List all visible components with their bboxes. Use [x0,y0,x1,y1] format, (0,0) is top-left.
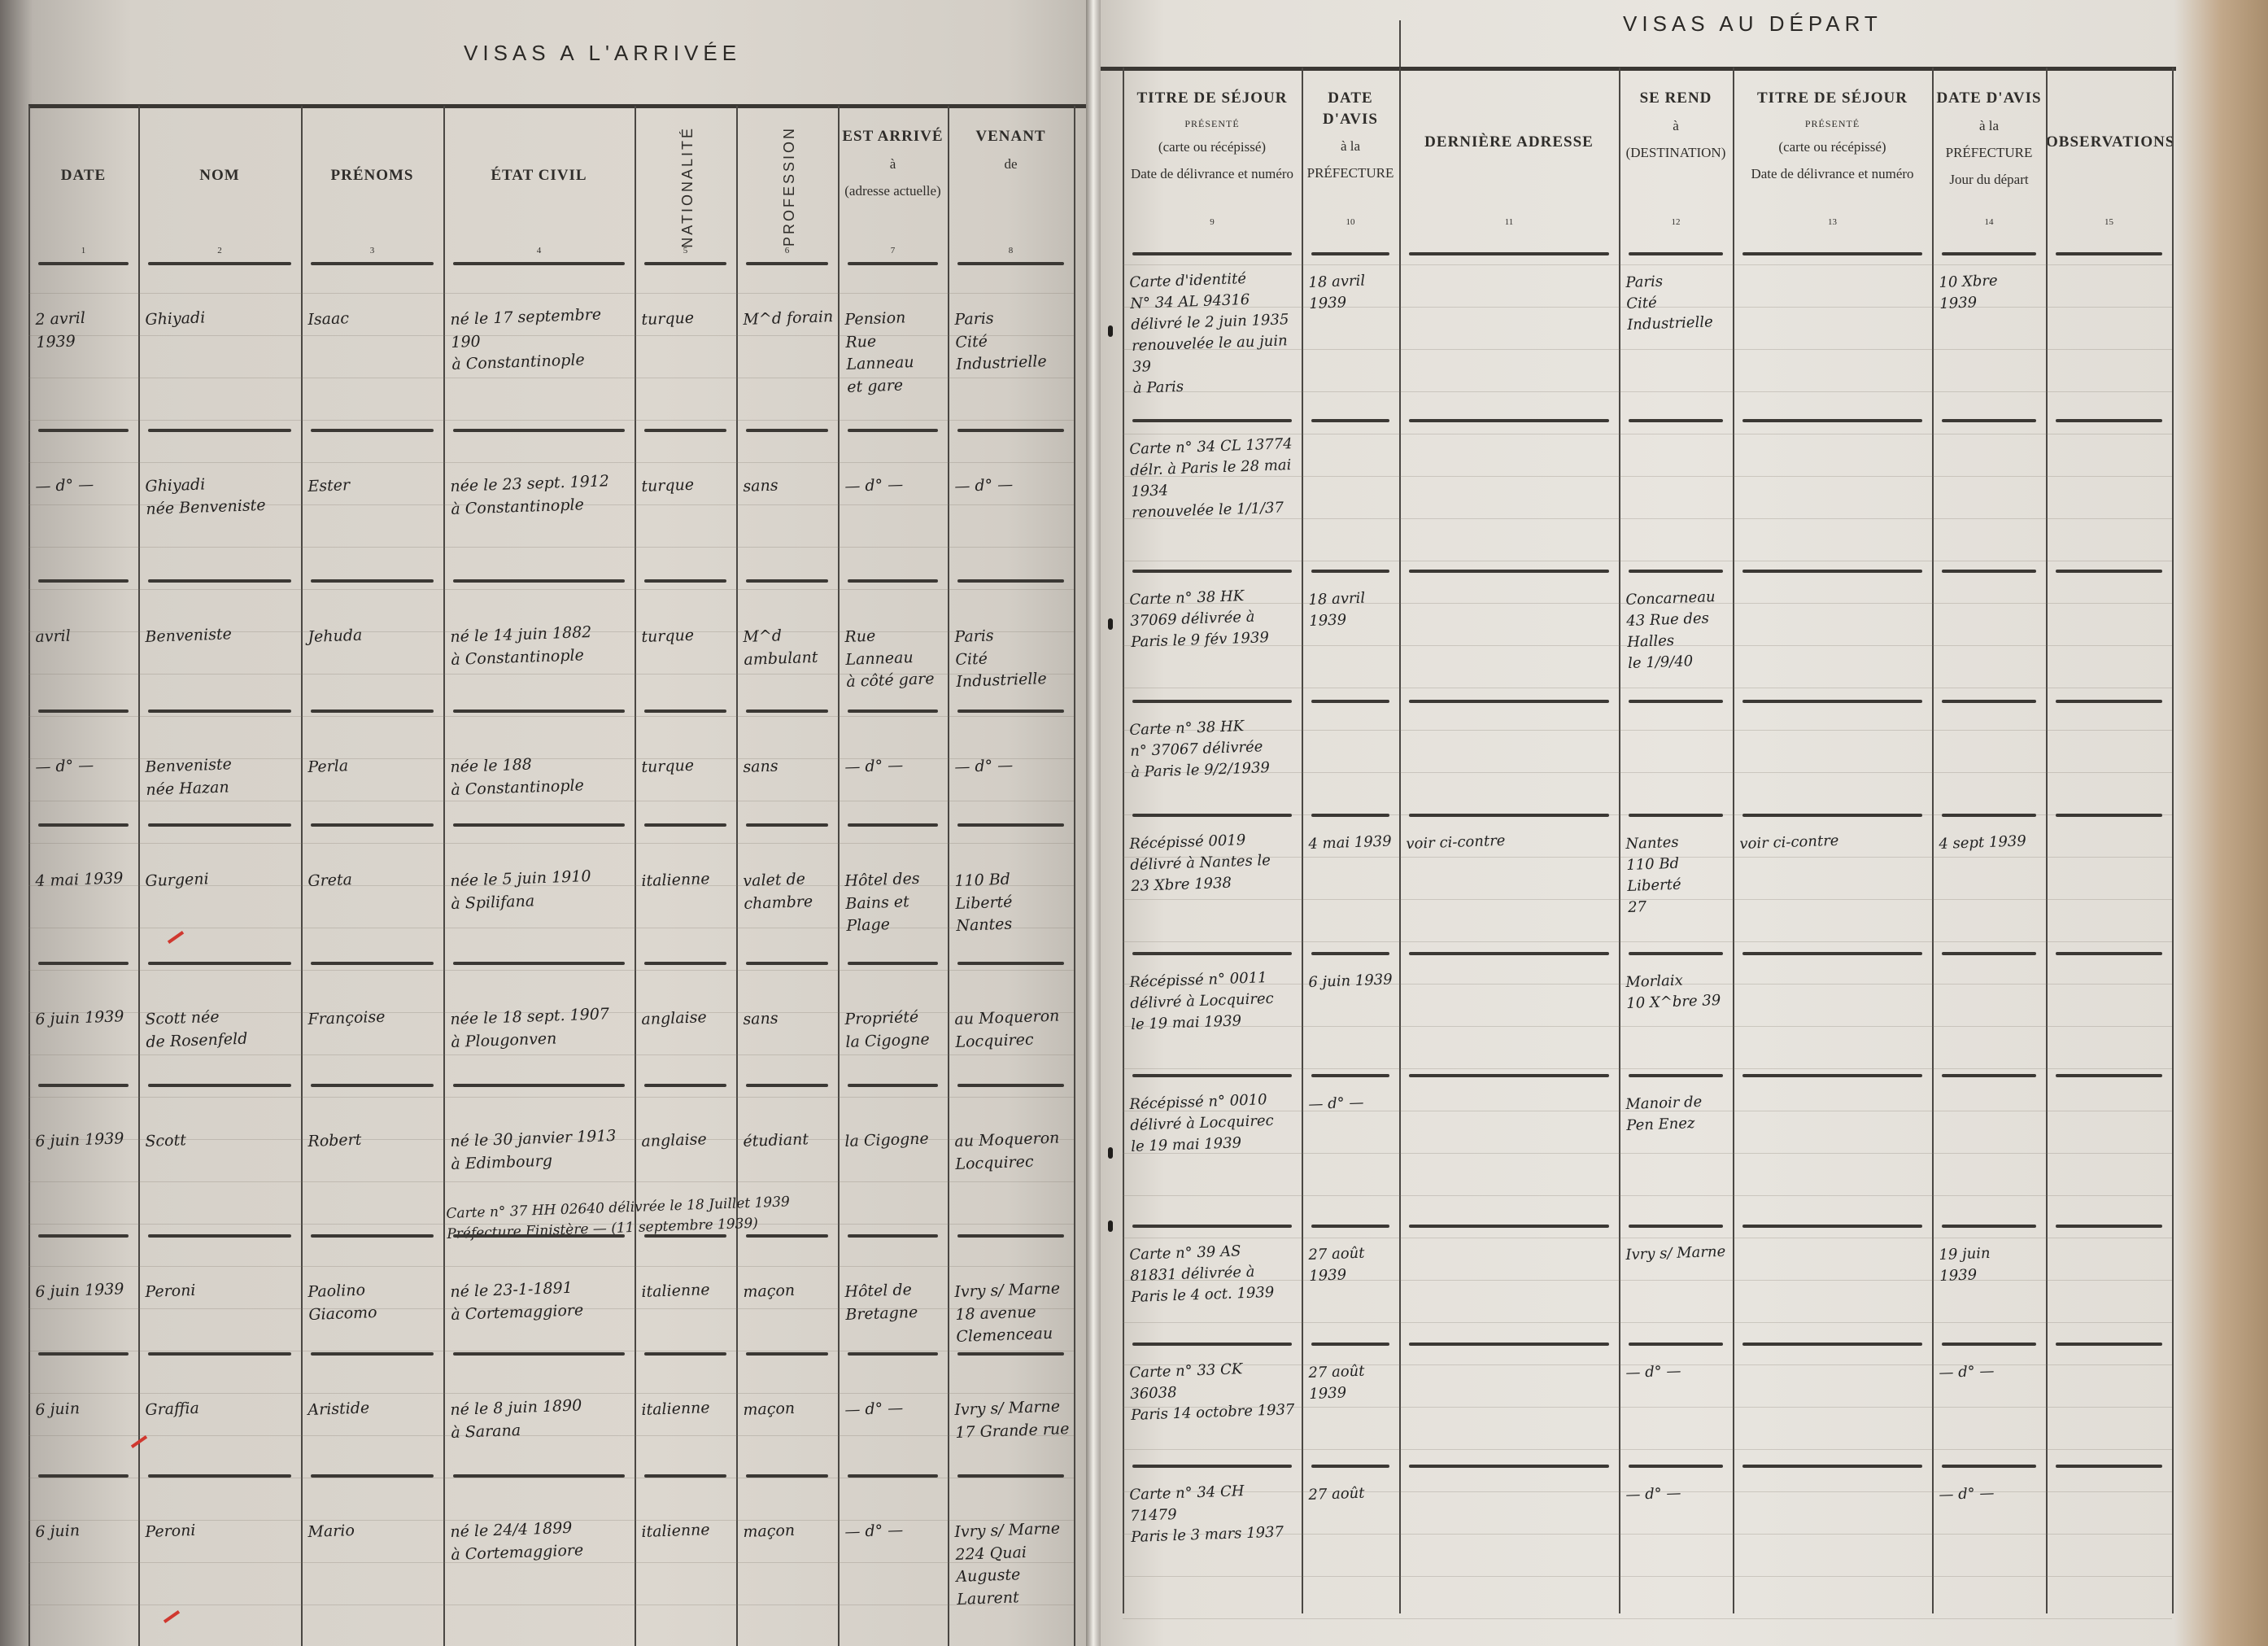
ruled-line [28,1097,1074,1098]
left-header-2: NOM2 [138,110,301,260]
right-header-4: SE RENDà(DESTINATION)12 [1619,72,1733,232]
entry-nationalite: turque [641,306,734,331]
entry-etat-civil: née le 188 à Constantinople [450,750,633,801]
right-header-6: DATE D'AVISà laPRÉFECTUREJour du départ1… [1932,72,2046,232]
row-separator [453,579,625,583]
entry-se-rend: — d° — [1625,1482,1730,1507]
row-separator [38,1352,129,1356]
entry-profession: sans [743,473,835,498]
row-separator [311,1234,434,1238]
row-separator [848,1234,938,1238]
entry-date-avis-depart: 10 Xbre 1939 [1939,269,2044,316]
entry-nom: Ghiyadi née Benveniste [145,470,299,521]
entry-est-arrive: — d° — [844,753,945,779]
row-separator [453,709,625,713]
entry-se-rend: Manoir de Pen Enez [1625,1091,1731,1137]
left-header-5: NATIONALITÉ5 [635,110,736,260]
row-separator [453,1474,625,1478]
row-separator [1132,570,1292,573]
entry-est-arrive: la Cigogne [844,1128,945,1154]
row-separator [644,1084,726,1087]
row-separator [644,823,726,827]
ruled-line [28,1605,1074,1605]
row-separator [1311,252,1389,255]
header-number: 12 [1619,216,1733,229]
right-header-1: TITRE DE SÉJOURPRÉSENTÉ(carte ou récépis… [1123,72,1302,232]
row-separator [38,962,129,965]
header-label: DATE D'AVIS [1302,88,1399,129]
row-separator [148,579,291,583]
right-header-rule [1094,67,2176,71]
column-divider [2172,68,2174,1613]
entry-venant-de: Ivry s/ Marne 18 avenue Clemenceau [954,1277,1073,1349]
ruled-line [28,1054,1074,1055]
ruled-line [28,293,1074,294]
row-separator [2056,700,2162,703]
row-separator [957,709,1064,713]
row-separator [1742,1465,1922,1468]
left-header-1: DATE1 [28,110,138,260]
entry-prenoms: Isaac [307,304,441,331]
entry-profession: valet de chambre [743,867,836,915]
entry-etat-civil: né le 24/4 1899 à Cortemaggiore [450,1515,633,1566]
entry-est-arrive: Pension Rue Lanneau et gare [844,306,948,399]
row-separator [848,1474,938,1478]
row-separator [1629,419,1723,422]
header-number: 2 [138,245,301,257]
row-separator [644,262,726,265]
row-separator [1409,700,1609,703]
ruled-line [1123,941,2172,942]
row-separator [1311,570,1389,573]
entry-venant-de: Paris Cité Industrielle [954,622,1073,694]
entry-date: 4 mai 1939 [35,867,136,893]
column-divider [443,106,445,1646]
row-separator [1409,1343,1609,1346]
row-separator [848,262,938,265]
row-separator [746,579,828,583]
ruled-line [28,1266,1074,1267]
entry-date-avis-depart: — d° — [1939,1482,2043,1507]
ruled-line [28,970,1074,971]
column-divider [1123,68,1124,1613]
row-separator [2056,570,2162,573]
row-separator [1132,1074,1292,1077]
row-separator [148,1352,291,1356]
entry-venant-de: Ivry s/ Marne 17 Grande rue [954,1395,1072,1444]
entry-date-avis: — d° — [1308,1091,1397,1116]
entry-date-avis: 18 avril 1939 [1308,587,1398,632]
row-separator [2056,1074,2162,1077]
row-separator [746,1234,828,1238]
row-separator [848,962,938,965]
entry-date: 6 juin 1939 [35,1278,136,1304]
row-separator [311,1474,434,1478]
row-separator [1629,814,1723,817]
row-separator [644,1474,726,1478]
row-separator [957,1352,1064,1356]
row-separator [1132,419,1292,422]
row-separator [1409,252,1609,255]
row-separator [453,262,625,265]
row-separator [311,709,434,713]
row-separator [1742,252,1922,255]
row-separator [746,1352,828,1356]
header-number: 10 [1302,216,1399,229]
entry-prenoms: Jehuda [307,622,441,648]
row-separator [148,1474,291,1478]
entry-est-arrive: Rue Lanneau à côté gare [844,623,947,694]
entry-se-rend: Nantes 110 Bd Liberté 27 [1625,831,1733,919]
entry-venant-de: Ivry s/ Marne 224 Quai Auguste Laurent [954,1517,1074,1611]
header-sublabel: (DESTINATION) [1619,144,1733,163]
ruled-line [1123,1618,2172,1619]
entry-nationalite: italienne [641,1278,734,1303]
entry-titre-sejour: Récépissé n° 0010 délivré à Locquirec le… [1129,1089,1301,1158]
left-header-3: PRÉNOMS3 [301,110,443,260]
row-separator [2056,814,2162,817]
column-divider [1619,68,1620,1613]
header-number: 4 [443,245,635,257]
row-separator [746,709,828,713]
header-label: ÉTAT CIVIL [443,165,635,186]
column-divider [2046,68,2048,1613]
row-separator [38,1234,129,1238]
entry-prenoms: Françoise [307,1004,441,1031]
entry-se-rend: Paris Cité Industrielle [1625,269,1732,337]
row-separator [1629,1225,1723,1228]
row-separator [1742,1225,1922,1228]
entry-venant-de: Paris Cité Industrielle [954,305,1073,377]
row-separator [848,709,938,713]
header-label: TITRE DE SÉJOUR [1733,88,1932,109]
entry-nationalite: anglaise [641,1006,734,1031]
entry-prenoms: Mario [307,1517,441,1543]
row-separator [1409,419,1609,422]
row-separator [1742,814,1922,817]
ruled-line [28,420,1074,421]
header-number: 1 [28,245,138,257]
header-label: DERNIÈRE ADRESSE [1399,132,1619,153]
ruled-line [28,589,1074,590]
entry-nationalite: italienne [641,867,734,893]
row-separator [38,1474,129,1478]
row-separator [1132,814,1292,817]
header-number: 5 [635,245,736,257]
row-separator [148,962,291,965]
row-separator [848,579,938,583]
row-separator [1132,252,1292,255]
ruled-line [1123,1322,2172,1323]
header-number: 15 [2046,216,2172,229]
entry-date-avis-depart: — d° — [1939,1360,2043,1385]
header-sublabel: Date de délivrance et numéro [1733,165,1932,184]
row-separator [957,262,1064,265]
entry-date: — d° — [35,473,136,499]
header-sublabel: PRÉSENTÉ [1733,117,1932,130]
entry-nom: Benveniste née Hazan [145,751,299,801]
entry-prenoms: Perla [307,752,441,779]
entry-venant-de: au Moqueron Locquirec [954,1005,1072,1054]
entry-nationalite: turque [641,623,734,648]
row-separator [1311,1465,1389,1468]
row-separator [848,1084,938,1087]
header-sublabel: Jour du départ [1932,171,2046,190]
entry-titre-sejour: Carte n° 38 HK 37069 délivrée à Paris le… [1129,584,1301,653]
entry-date-avis: 27 août [1308,1482,1397,1506]
row-separator [311,962,434,965]
ruled-line [28,1478,1074,1478]
row-separator [1311,1343,1389,1346]
row-separator [1132,1465,1292,1468]
column-divider [1733,68,1734,1613]
row-separator [1629,1465,1723,1468]
header-sublabel: à la [1932,117,2046,136]
row-separator [1629,1074,1723,1077]
right-header-2: DATE D'AVISà laPRÉFECTURE10 [1302,72,1399,232]
row-separator [1629,570,1723,573]
row-separator [644,429,726,432]
ruled-line [28,843,1074,844]
row-separator [848,429,938,432]
row-separator [38,709,129,713]
column-divider [301,106,303,1646]
header-sublabel: (carte ou récépissé) [1733,138,1932,157]
row-separator [1311,952,1389,955]
row-separator [957,823,1064,827]
column-divider [1302,68,1303,1613]
entry-titre-sejour: Carte n° 34 CL 13774 délr. à Paris le 28… [1129,434,1302,525]
row-separator [311,1084,434,1087]
binding-stitch [1108,1220,1113,1232]
book-spine [1086,0,1101,1646]
entry-prenoms: Paolino Giacomo [307,1277,442,1326]
row-separator [644,1352,726,1356]
header-number: 11 [1399,216,1619,229]
header-number: 7 [838,245,948,257]
entry-prenoms: Ester [307,471,441,498]
entry-se-rend: — d° — [1625,1360,1730,1385]
row-separator [1409,814,1609,817]
entry-venant-de: 110 Bd Liberté Nantes [954,867,1073,938]
row-separator [957,1474,1064,1478]
entry-prenoms: Robert [307,1126,441,1153]
row-separator [38,1084,129,1087]
entry-nationalite: italienne [641,1396,734,1421]
row-separator [1942,419,2036,422]
row-separator [1742,952,1922,955]
row-separator [1742,700,1922,703]
column-divider [138,106,140,1646]
row-separator [38,429,129,432]
ruled-line [1123,1068,2172,1069]
entry-profession: M^d forain [743,306,835,331]
header-sublabel: Date de délivrance et numéro [1123,165,1302,184]
row-separator [311,1352,434,1356]
row-separator [1942,700,2036,703]
entry-est-arrive: Hôtel des Bains et Plage [844,867,947,938]
row-separator [1311,700,1389,703]
row-separator [1942,1074,2036,1077]
entry-profession: maçon [743,1278,835,1303]
right-header-7: OBSERVATIONS15 [2046,72,2172,232]
header-label: PROFESSION [779,126,799,247]
row-separator [148,709,291,713]
header-sublabel: PRÉFECTURE [1932,144,2046,163]
row-separator [38,823,129,827]
header-label: NOM [138,165,301,186]
binding-stitch [1108,618,1113,630]
header-number: 14 [1932,216,2046,229]
column-divider [1074,106,1075,1646]
row-separator [453,1084,625,1087]
row-separator [453,1234,625,1238]
binding-stitch [1108,325,1113,337]
row-separator [746,823,828,827]
row-separator [311,579,434,583]
row-separator [1942,1225,2036,1228]
ruled-line [1123,561,2172,561]
ruled-line [28,716,1074,717]
entry-est-arrive: — d° — [844,473,945,499]
ruled-line [28,462,1074,463]
right-header-5: TITRE DE SÉJOURPRÉSENTÉ(carte ou récépis… [1733,72,1932,232]
header-label: OBSERVATIONS [2046,132,2172,153]
row-separator [311,823,434,827]
header-sublabel: à [838,155,948,174]
row-separator [38,579,129,583]
entry-est-arrive: — d° — [844,1518,945,1544]
entry-est-arrive: — d° — [844,1396,945,1422]
row-separator [1742,1343,1922,1346]
left-header-4: ÉTAT CIVIL4 [443,110,635,260]
row-separator [644,1234,726,1238]
entry-date: avril [35,623,136,649]
row-separator [2056,1225,2162,1228]
entry-date: 6 juin [35,1396,136,1422]
row-separator [746,262,828,265]
row-separator [453,823,625,827]
row-separator [1942,1465,2036,1468]
row-separator [1132,1343,1292,1346]
row-separator [1132,952,1292,955]
header-sublabel: à [1619,117,1733,136]
header-sublabel: (adresse actuelle) [838,182,948,201]
right-page-title: VISAS AU DÉPART [1623,11,1882,37]
row-separator [1629,952,1723,955]
header-label: EST ARRIVÉ [838,126,948,147]
entry-date: 6 juin 1939 [35,1006,136,1032]
column-divider [28,106,30,1646]
entry-date-avis: 27 août 1939 [1308,1242,1398,1287]
ruled-line [1123,688,2172,688]
entry-venant-de: — d° — [954,472,1071,499]
row-separator [957,1084,1064,1087]
row-separator [453,429,625,432]
entry-etat-civil: né le 8 juin 1890 à Sarana [450,1393,633,1444]
entry-titre-sejour: Carte n° 33 CK 36038 Paris 14 octobre 19… [1129,1357,1301,1426]
row-separator [957,962,1064,965]
entry-titre-sejour: Récépissé 0019 délivré à Nantes le 23 Xb… [1129,828,1301,897]
row-separator [746,962,828,965]
entry-titre-sejour: Récépissé n° 0011 délivré à Locquirec le… [1129,967,1301,1036]
left-header-7: EST ARRIVÉà(adresse actuelle)7 [838,110,948,260]
header-label: NATIONALITÉ [678,126,697,248]
row-separator [311,429,434,432]
row-separator [1409,952,1609,955]
column-divider [1399,68,1401,1613]
row-separator [2056,1465,2162,1468]
entry-nom: Scott née de Rosenfeld [145,1003,299,1054]
row-separator [2056,252,2162,255]
row-separator [311,262,434,265]
row-separator [644,709,726,713]
row-separator [1742,570,1922,573]
row-separator [1629,1343,1723,1346]
entry-etat-civil: né le 30 janvier 1913 à Edimbourg [450,1124,633,1176]
entry-etat-civil: né le 23-1-1891 à Cortemaggiore [450,1275,633,1326]
entry-prenoms: Aristide [307,1395,441,1421]
header-number: 9 [1123,216,1302,229]
header-label: SE REND [1619,88,1733,109]
row-separator [1742,1074,1922,1077]
entry-date: 6 juin 1939 [35,1128,136,1154]
ruled-line [1123,1195,2172,1196]
ruled-line [28,1351,1074,1351]
row-separator [2056,419,2162,422]
entry-est-arrive: Propriété la Cigogne [844,1006,946,1054]
column-divider [948,106,949,1646]
row-separator [148,823,291,827]
row-separator [2056,952,2162,955]
entry-date: 6 juin [35,1518,136,1544]
entry-profession: étudiant [743,1128,835,1153]
row-separator [148,1084,291,1087]
entry-profession: M^d ambulant [743,623,836,671]
binding-stitch [1108,1147,1113,1159]
left-page-title: VISAS A L'ARRIVÉE [464,41,741,66]
row-separator [1942,570,2036,573]
row-separator [1311,419,1389,422]
entry-date-avis-depart: 19 juin 1939 [1939,1242,2044,1288]
entry-titre-sejour: Carte d'identité N° 34 AL 94316 délivré … [1129,267,1302,400]
ruled-line [1123,1153,2172,1154]
entry-est-arrive: Hôtel de Bretagne [844,1278,946,1326]
header-number: 8 [948,245,1074,257]
row-separator [1942,252,2036,255]
column-divider [1932,68,1934,1613]
row-separator [1942,952,2036,955]
ruled-line [1123,1449,2172,1450]
column-divider [838,106,840,1646]
row-separator [746,1084,828,1087]
row-separator [848,1352,938,1356]
entry-prenoms: Greta [307,866,441,893]
row-separator [1409,1074,1609,1077]
row-separator [746,1474,828,1478]
ruled-line [1123,264,2172,265]
entry-profession: maçon [743,1518,835,1543]
entry-etat-civil: née le 23 sept. 1912 à Constantinople [450,469,633,521]
header-number: 6 [736,245,838,257]
right-header-3: DERNIÈRE ADRESSE11 [1399,72,1619,232]
row-separator [746,429,828,432]
header-label: DATE D'AVIS [1932,88,2046,109]
header-sublabel: PRÉSENTÉ [1123,117,1302,130]
ruled-line [28,801,1074,801]
row-separator [1311,1074,1389,1077]
row-separator [957,1234,1064,1238]
